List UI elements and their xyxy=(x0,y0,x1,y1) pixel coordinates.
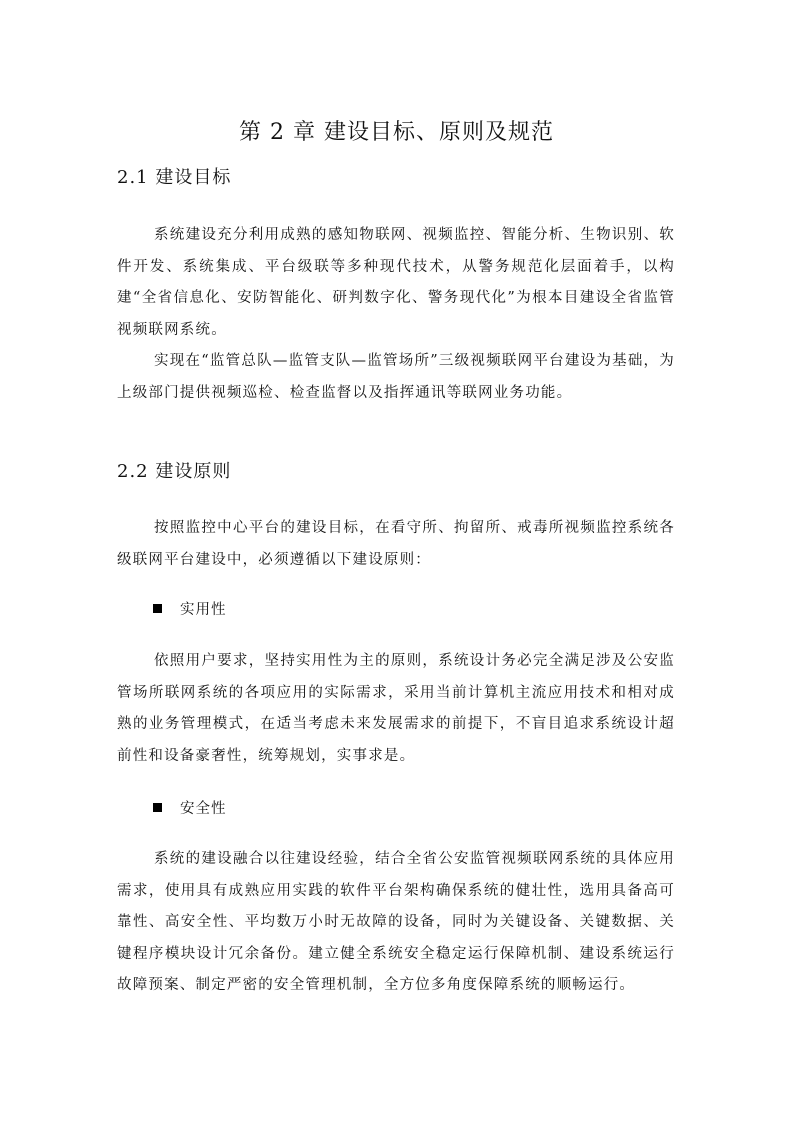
bullet-label: 实用性 xyxy=(180,598,227,619)
paragraph-security: 系统的建设融合以往建设经验，结合全省公安监管视频联网系统的具体应用需求，使用具有… xyxy=(117,844,675,1002)
document-page: 第 2 章 建设目标、原则及规范 2.1 建设目标 系统建设充分利用成熟的感知物… xyxy=(0,0,793,1122)
square-bullet-icon xyxy=(153,803,162,812)
paragraph-goal-2: 实现在“监管总队—监管支队—监管场所”三级视频联网平台建设为基础，为上级部门提供… xyxy=(117,346,675,409)
bullet-practicality: 实用性 xyxy=(153,598,227,619)
square-bullet-icon xyxy=(153,604,162,613)
paragraph-goal-1: 系统建设充分利用成熟的感知物联网、视频监控、智能分析、生物识别、软件开发、系统集… xyxy=(117,220,675,346)
bullet-label: 安全性 xyxy=(180,797,227,818)
paragraph-principles-intro: 按照监控中心平台的建设目标，在看守所、拘留所、戒毒所视频监控系统各级联网平台建设… xyxy=(117,513,675,576)
bullet-security: 安全性 xyxy=(153,797,227,818)
section-heading-2-2: 2.2 建设原则 xyxy=(117,457,231,483)
section-heading-2-1: 2.1 建设目标 xyxy=(117,163,231,189)
chapter-title: 第 2 章 建设目标、原则及规范 xyxy=(0,115,793,146)
paragraph-practicality: 依照用户要求，坚持实用性为主的原则，系统设计务必完全满足涉及公安监管场所联网系统… xyxy=(117,646,675,772)
